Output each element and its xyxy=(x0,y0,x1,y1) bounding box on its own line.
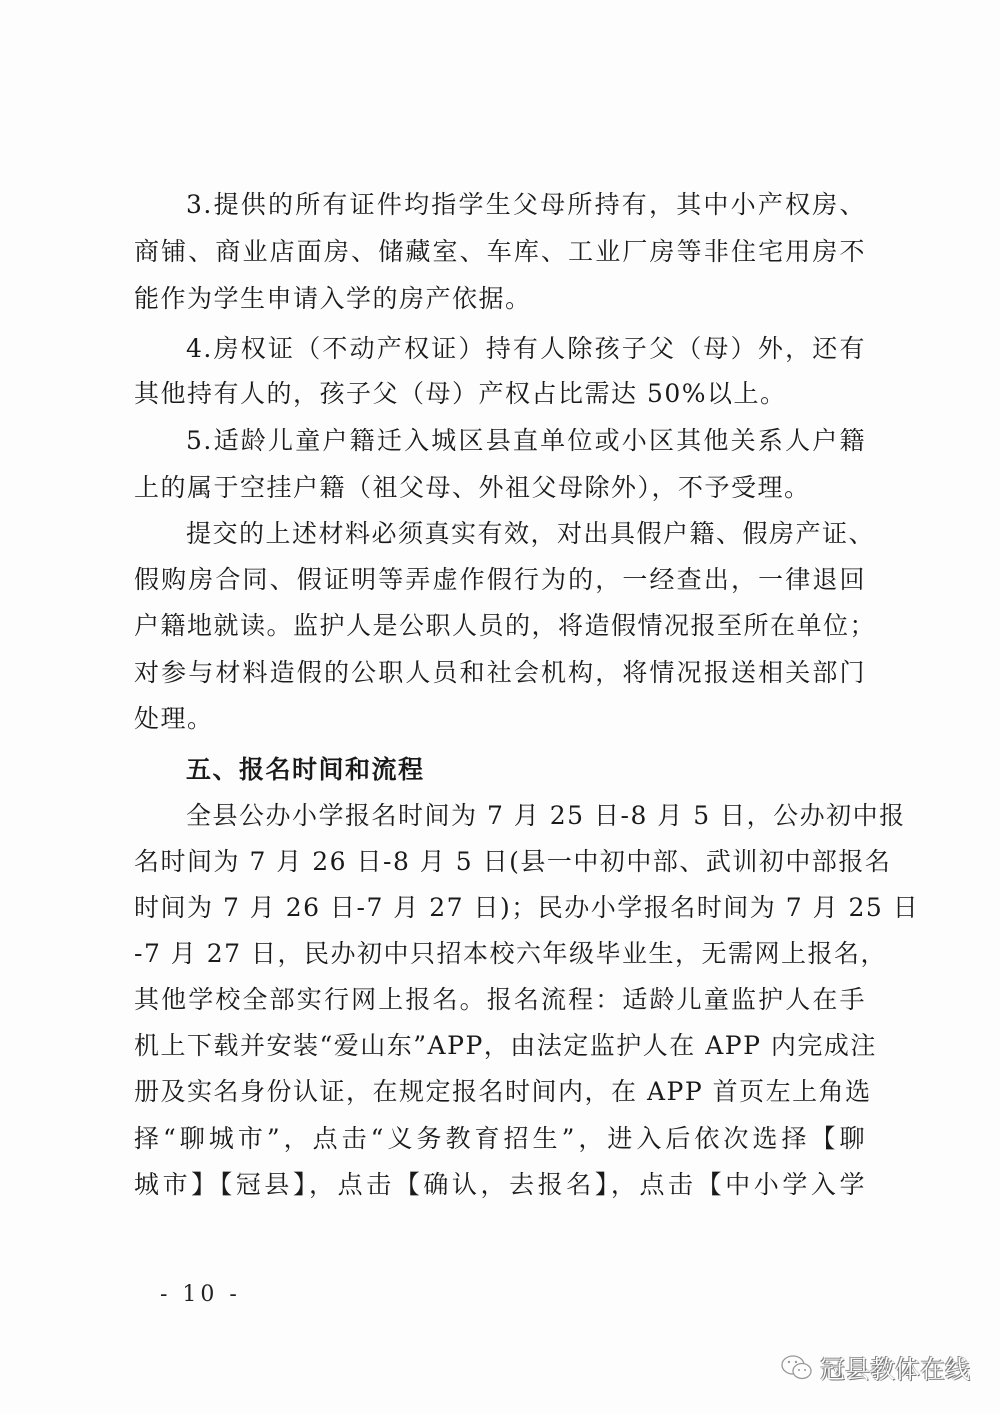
text-line: 能作为学生申请入学的房产依据。 xyxy=(134,276,866,322)
text-line: 5.适龄儿童户籍迁入城区县直单位或小区其他关系人户籍 xyxy=(186,418,866,464)
text-line: 3.提供的所有证件均指学生父母所持有，其中小产权房、 xyxy=(186,182,866,228)
text-line: 处理。 xyxy=(134,696,866,742)
text-line: 4.房权证（不动产权证）持有人除孩子父（母）外，还有 xyxy=(186,326,866,372)
text-line: 其他学校全部实行网上报名。报名流程：适龄儿童监护人在手 xyxy=(134,977,866,1023)
text-line: 择“聊城市”，点击“义务教育招生”，进入后依次选择【聊 xyxy=(134,1116,866,1162)
watermark-text: 冠县教体在线 xyxy=(820,1350,970,1386)
watermark: 冠县教体在线 xyxy=(780,1350,970,1386)
document-page: 3.提供的所有证件均指学生父母所持有，其中小产权房、商铺、商业店面房、储藏室、车… xyxy=(0,0,1000,1414)
text-line: 商铺、商业店面房、储藏室、车库、工业厂房等非住宅用房不 xyxy=(134,229,866,275)
wechat-icon xyxy=(780,1353,814,1383)
text-line: 机上下载并安装“爱山东”APP，由法定监护人在 APP 内完成注 xyxy=(134,1023,866,1069)
text-line: 其他持有人的，孩子父（母）产权占比需达 50%以上。 xyxy=(134,371,866,417)
text-line: 对参与材料造假的公职人员和社会机构，将情况报送相关部门 xyxy=(134,650,866,696)
text-line: 上的属于空挂户籍（祖父母、外祖父母除外），不予受理。 xyxy=(134,465,866,511)
text-line: 册及实名身份认证，在规定报名时间内，在 APP 首页左上角选 xyxy=(134,1069,866,1115)
text-line: 名时间为 7 月 26 日-8 月 5 日(县一中初中部、武训初中部报名 xyxy=(134,839,866,885)
text-line: 城市】【冠县】，点击【确认，去报名】，点击【中小学入学 xyxy=(134,1162,866,1208)
page-number: - 10 - xyxy=(160,1282,241,1307)
text-line: 全县公办小学报名时间为 7 月 25 日-8 月 5 日，公办初中报 xyxy=(186,793,866,839)
text-line: 时间为 7 月 26 日-7 月 27 日)；民办小学报名时间为 7 月 25 … xyxy=(134,885,866,931)
text-line: 假购房合同、假证明等弄虚作假行为的，一经查出，一律退回 xyxy=(134,557,866,603)
text-line: 户籍地就读。监护人是公职人员的，将造假情况报至所在单位； xyxy=(134,603,866,649)
text-line: -7 月 27 日，民办初中只招本校六年级毕业生，无需网上报名， xyxy=(134,931,866,977)
section-heading: 五、报名时间和流程 xyxy=(186,747,866,793)
text-line: 提交的上述材料必须真实有效，对出具假户籍、假房产证、 xyxy=(186,511,866,557)
